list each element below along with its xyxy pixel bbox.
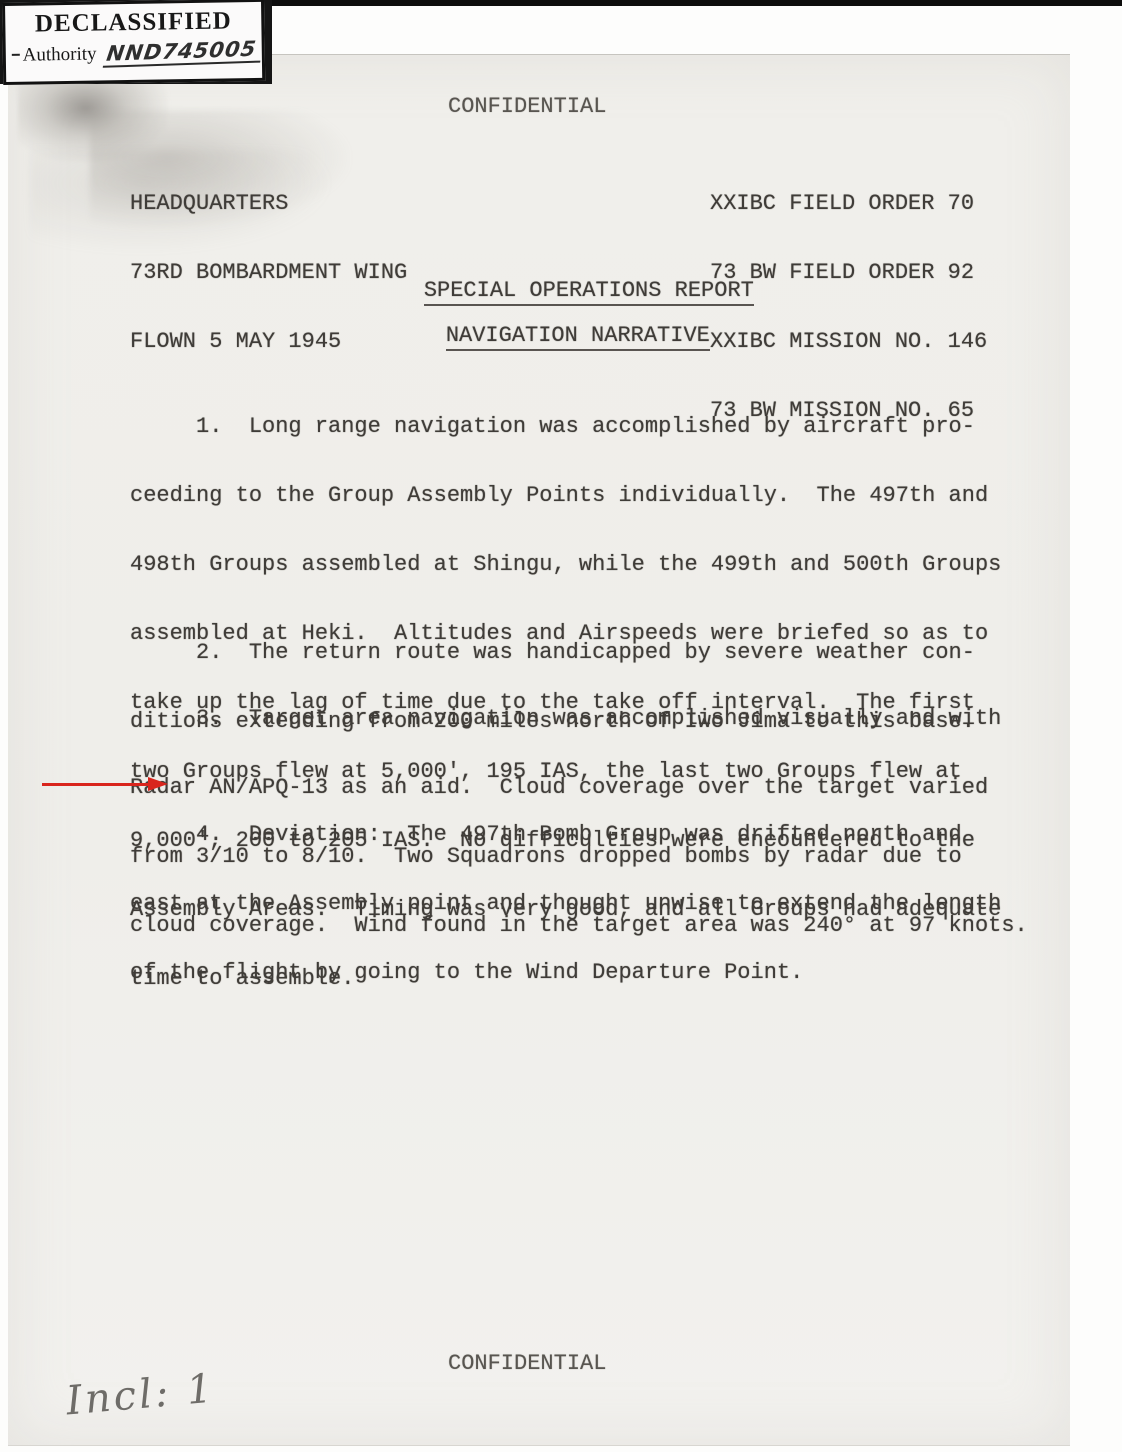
typed-line: 3. Target area navigation was accomplish… bbox=[130, 707, 1028, 730]
typed-line: of the flight by going to the Wind Depar… bbox=[130, 961, 1001, 984]
arrow-shaft bbox=[42, 783, 152, 786]
declassified-stamp-title: DECLASSIFIED bbox=[5, 7, 261, 39]
red-annotation-arrow bbox=[42, 776, 168, 792]
narrative-title: NAVIGATION NARRATIVE bbox=[393, 301, 710, 370]
typed-line: east at the Assembly point and thought u… bbox=[130, 892, 1001, 915]
order-line: XXIBC FIELD ORDER 70 bbox=[710, 192, 987, 215]
authority-label: Authority bbox=[23, 44, 97, 67]
hq-line: 73RD BOMBARDMENT WING bbox=[130, 261, 407, 284]
narrative-title-text: NAVIGATION NARRATIVE bbox=[446, 323, 710, 351]
order-line: XXIBC MISSION NO. 146 bbox=[710, 330, 987, 353]
classification-header: CONFIDENTIAL bbox=[448, 95, 606, 118]
authority-number-handwritten: NND745005 bbox=[102, 37, 263, 68]
typed-line: 4. Deviation: The 497th Bomb Group was d… bbox=[130, 823, 1001, 846]
classification-footer: CONFIDENTIAL bbox=[448, 1352, 606, 1375]
stamp-dash-artifact bbox=[12, 54, 20, 56]
hq-line: HEADQUARTERS bbox=[130, 192, 407, 215]
hq-line: FLOWN 5 MAY 1945 bbox=[130, 330, 407, 353]
paragraph-4: 4. Deviation: The 497th Bomb Group was d… bbox=[130, 777, 1001, 1030]
typed-line: ceeding to the Group Assembly Points ind… bbox=[130, 484, 1001, 507]
typed-line: 498th Groups assembled at Shingu, while … bbox=[130, 553, 1001, 576]
arrow-head bbox=[148, 777, 168, 791]
scanned-document-page: DECLASSIFIED Authority NND745005 CONFIDE… bbox=[0, 0, 1122, 1452]
declassified-stamp-authority-row: Authority NND745005 bbox=[12, 38, 262, 68]
declassified-stamp: DECLASSIFIED Authority NND745005 bbox=[2, 0, 265, 85]
headquarters-block: HEADQUARTERS 73RD BOMBARDMENT WING FLOWN… bbox=[130, 146, 407, 399]
typed-line: 1. Long range navigation was accomplishe… bbox=[130, 415, 1001, 438]
